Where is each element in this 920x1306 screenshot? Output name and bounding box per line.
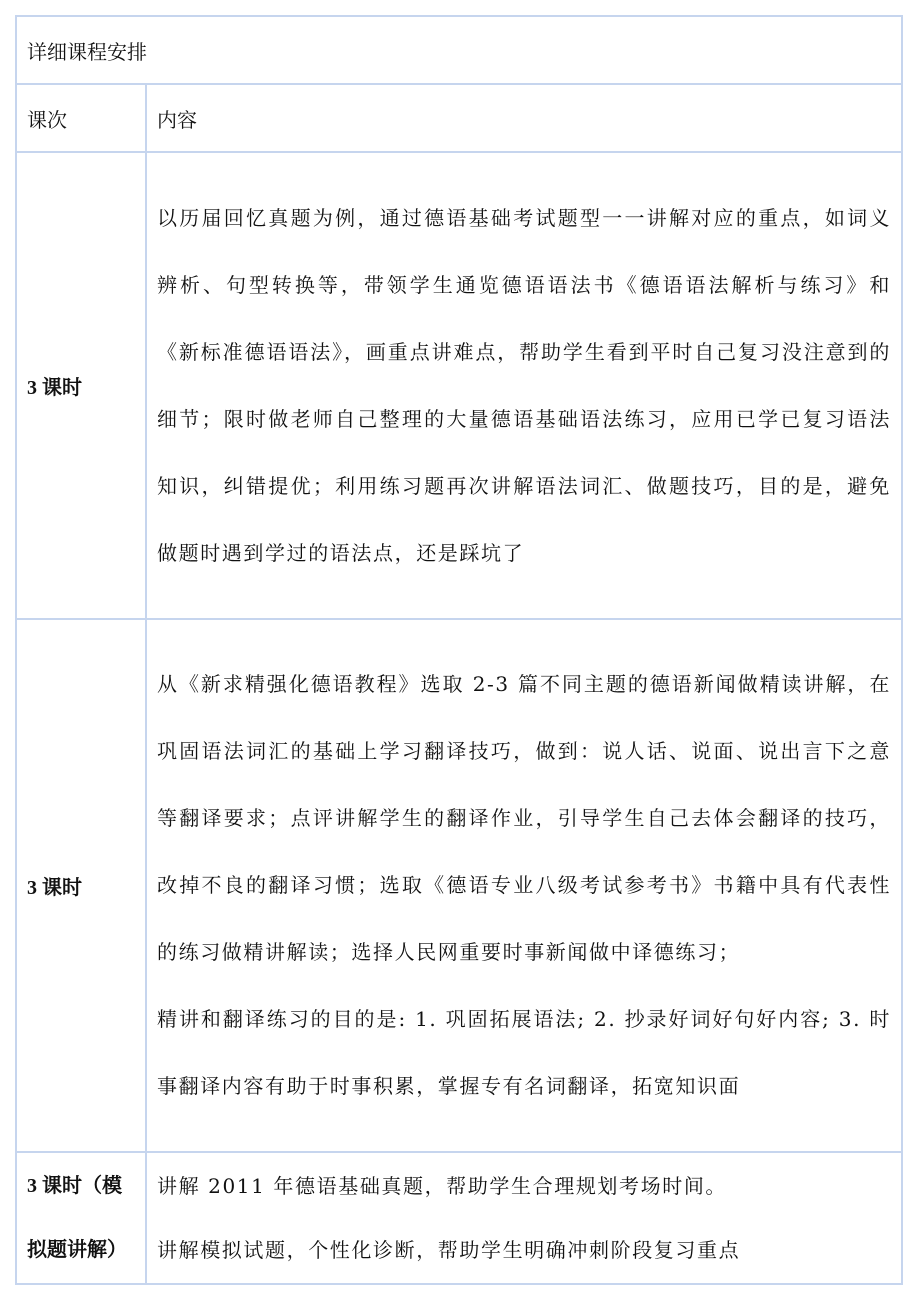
content-cell: 讲解 2011 年德语基础真题，帮助学生合理规划考场时间。 讲解模拟试题，个性化…	[146, 1152, 902, 1284]
content-paragraph: 讲解 2011 年德语基础真题，帮助学生合理规划考场时间。	[157, 1154, 891, 1218]
table-row: 3 课时 以历届回忆真题为例，通过德语基础考试题型一一讲解对应的重点，如词义辨析…	[16, 152, 902, 619]
header-content: 内容	[146, 84, 902, 152]
content-paragraph: 从《新求精强化德语教程》选取 2-3 篇不同主题的德语新闻做精读讲解，在巩固语法…	[157, 651, 891, 986]
content-paragraph: 讲解模拟试题，个性化诊断，帮助学生明确冲刺阶段复习重点	[157, 1218, 891, 1282]
content-paragraph: 以历届回忆真题为例，通过德语基础考试题型一一讲解对应的重点，如词义辨析、句型转换…	[157, 185, 891, 587]
table-row: 3 课时 从《新求精强化德语教程》选取 2-3 篇不同主题的德语新闻做精读讲解，…	[16, 619, 902, 1152]
table-row: 3 课时（模拟题讲解） 讲解 2011 年德语基础真题，帮助学生合理规划考场时间…	[16, 1152, 902, 1284]
session-cell: 3 课时	[16, 619, 146, 1152]
table-title: 详细课程安排	[16, 16, 902, 84]
session-cell: 3 课时（模拟题讲解）	[16, 1152, 146, 1284]
session-cell: 3 课时	[16, 152, 146, 619]
content-cell: 以历届回忆真题为例，通过德语基础考试题型一一讲解对应的重点，如词义辨析、句型转换…	[146, 152, 902, 619]
content-paragraph: 精讲和翻译练习的目的是: 1. 巩固拓展语法; 2. 抄录好词好句好内容; 3.…	[157, 986, 891, 1120]
table-title-row: 详细课程安排	[16, 16, 902, 84]
table-header-row: 课次 内容	[16, 84, 902, 152]
course-schedule-table: 详细课程安排 课次 内容 3 课时 以历届回忆真题为例，通过德语基础考试题型一一…	[15, 15, 903, 1285]
content-cell: 从《新求精强化德语教程》选取 2-3 篇不同主题的德语新闻做精读讲解，在巩固语法…	[146, 619, 902, 1152]
header-session: 课次	[16, 84, 146, 152]
session-label: 3 课时（模拟题讲解）	[27, 1154, 135, 1282]
